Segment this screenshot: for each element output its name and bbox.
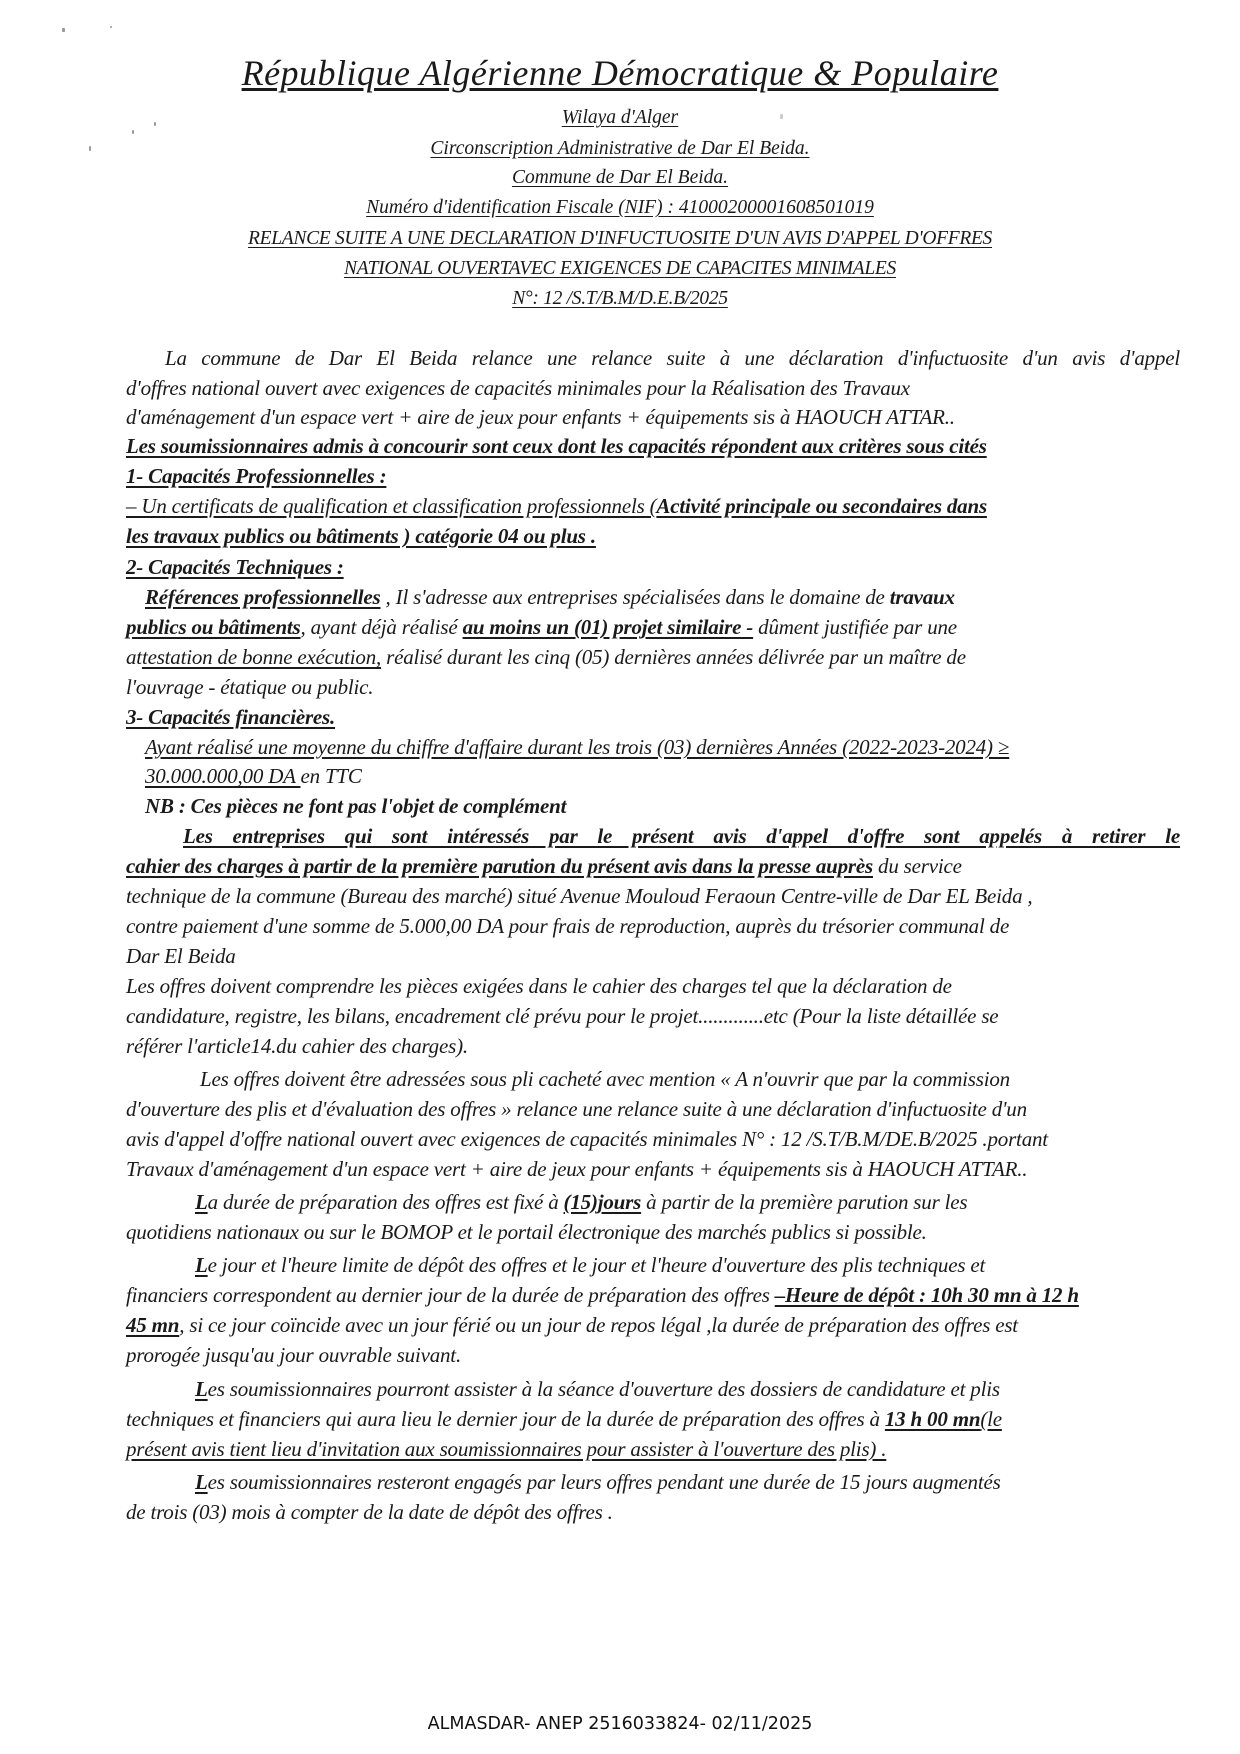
- depot-line-3: 45 mn, si ce jour coïncide avec un jour …: [126, 1313, 1018, 1338]
- retrait-line-1: Les entreprises qui sont intéressés par …: [183, 824, 1180, 849]
- cap1-line-1: – Un certificats de qualification et cla…: [126, 494, 987, 519]
- cap3-line-2: 30.000.000,00 DA en TTC: [145, 764, 362, 789]
- cap1-line-1b: Activité principale ou secondaires dans: [656, 494, 987, 518]
- subject-line-2: NATIONAL OUVERTAVEC EXIGENCES DE CAPACIT…: [0, 258, 1240, 280]
- intro-line-1: La commune de Dar El Beida relance une r…: [165, 346, 1180, 371]
- seance-line-3: présent avis tient lieu d'invitation aux…: [126, 1437, 886, 1462]
- cap2-line-2: publics ou bâtiments, ayant déjà réalisé…: [126, 615, 957, 640]
- engage-line-1: Les soumissionnaires resteront engagés p…: [195, 1470, 1001, 1495]
- retrait-line-2b: du service: [873, 854, 962, 878]
- pli-line-1: Les offres doivent être adressées sous p…: [200, 1067, 1010, 1092]
- publication-reference: ALMASDAR- ANEP 2516033824- 02/11/2025: [0, 1714, 1240, 1734]
- cap2-line-1: Références professionnelles , Il s'adres…: [145, 585, 955, 610]
- cap2-line-4: l'ouvrage - étatique ou public.: [126, 675, 373, 700]
- duree-15-jours: (15)jours: [564, 1190, 642, 1214]
- nif-text: Numéro d'identification Fiscale (NIF) : …: [366, 197, 874, 218]
- seance-line-1b: es soumissionnaires pourront assister à …: [208, 1377, 1000, 1401]
- cap2-line-1b: , Il s'adresse aux entreprises spécialis…: [381, 585, 890, 609]
- commune-text: Commune de Dar El Beida.: [512, 167, 728, 188]
- seance-time: 13 h 00 mn: [885, 1407, 980, 1431]
- depot-line-4: prorogée jusqu'au jour ouvrable suivant.: [126, 1343, 461, 1368]
- cap2-line-2d: dûment justifiée par une: [753, 615, 957, 639]
- seance-initial: L: [195, 1377, 208, 1401]
- scan-speck: [62, 28, 65, 32]
- seance-line-2a: techniques et financiers qui aura lieu l…: [126, 1407, 885, 1431]
- duree-line-1: La durée de préparation des offres est f…: [195, 1190, 967, 1215]
- intro-line-2: d'offres national ouvert avec exigences …: [126, 376, 910, 401]
- cap2-title: 2- Capacités Techniques :: [126, 555, 344, 580]
- duree-initial: L: [195, 1190, 208, 1214]
- offres-line-3: référer l'article14.du cahier des charge…: [126, 1034, 468, 1059]
- subject-line-1-text: RELANCE SUITE A UNE DECLARATION D'INFUCT…: [248, 228, 992, 249]
- retrait-line-2: cahier des charges à partir de la premiè…: [126, 854, 962, 879]
- engage-line-2: de trois (03) mois à compter de la date …: [126, 1500, 613, 1525]
- depot-line-1b: e jour et l'heure limite de dépôt des of…: [208, 1253, 985, 1277]
- nif: Numéro d'identification Fiscale (NIF) : …: [0, 197, 1240, 219]
- circonscription-text: Circonscription Administrative de Dar El…: [430, 138, 809, 159]
- notice-number: N°: 12 /S.T/B.M/D.E.B/2025: [0, 288, 1240, 310]
- seance-line-2c: (le: [980, 1407, 1002, 1431]
- admission-criteria: Les soumissionnaires admis à concourir s…: [126, 434, 1180, 459]
- depot-initial: L: [195, 1253, 208, 1277]
- seance-line-2: techniques et financiers qui aura lieu l…: [126, 1407, 1002, 1432]
- wilaya: Wilaya d'Alger: [0, 107, 1240, 129]
- subject-line-2-text: NATIONAL OUVERTAVEC EXIGENCES DE CAPACIT…: [344, 258, 896, 279]
- duree-line-2: quotidiens nationaux ou sur le BOMOP et …: [126, 1220, 927, 1245]
- depot-line-2: financiers correspondent au dernier jour…: [126, 1283, 1079, 1308]
- retrait-line-2a: cahier des charges à partir de la premiè…: [126, 854, 873, 878]
- pli-line-4: Travaux d'aménagement d'un espace vert +…: [126, 1157, 1027, 1182]
- cap1-line-2: les travaux publics ou bâtiments ) catég…: [126, 524, 596, 549]
- cap3-title: 3- Capacités financières.: [126, 705, 335, 730]
- cap2-line-2b: , ayant déjà réalisé: [301, 615, 463, 639]
- cap2-line-3c: réalisé durant les cinq (05) dernières a…: [381, 645, 966, 669]
- depot-line-3b: , si ce jour coïncide avec un jour férié…: [179, 1313, 1018, 1337]
- engage-line-1b: es soumissionnaires resteront engagés pa…: [208, 1470, 1001, 1494]
- depot-line-2a: financiers correspondent au dernier jour…: [126, 1283, 775, 1307]
- retrait-line-4: contre paiement d'une somme de 5.000,00 …: [126, 914, 1009, 939]
- circonscription: Circonscription Administrative de Dar El…: [0, 138, 1240, 160]
- references-professionnelles: Références professionnelles: [145, 585, 381, 609]
- pli-line-3: avis d'appel d'offre national ouvert ave…: [126, 1127, 1048, 1152]
- cap2-line-3a: at: [126, 645, 142, 669]
- cap2-line-1c: travaux: [890, 585, 955, 609]
- duree-line-1d: à partir de la première parution sur les: [641, 1190, 967, 1214]
- subject-line-1: RELANCE SUITE A UNE DECLARATION D'INFUCT…: [0, 228, 1240, 250]
- notice-number-text: N°: 12 /S.T/B.M/D.E.B/2025: [512, 288, 728, 309]
- cap1-title: 1- Capacités Professionnelles :: [126, 464, 386, 489]
- cap1-line-1a: – Un certificats de qualification et cla…: [126, 494, 656, 518]
- depot-line-1: Le jour et l'heure limite de dépôt des o…: [195, 1253, 985, 1278]
- wilaya-text: Wilaya d'Alger: [562, 107, 678, 128]
- cap2-line-3: attestation de bonne exécution, réalisé …: [126, 645, 966, 670]
- retrait-line-3: technique de la commune (Bureau des marc…: [126, 884, 1032, 909]
- pli-line-2: d'ouverture des plis et d'évaluation des…: [126, 1097, 1027, 1122]
- commune: Commune de Dar El Beida.: [0, 167, 1240, 189]
- depot-45mn: 45 mn: [126, 1313, 179, 1337]
- cap3-amount: 30.000.000,00 DA: [145, 764, 300, 788]
- engage-initial: L: [195, 1470, 208, 1494]
- tender-notice-page: République Algérienne Démocratique & Pop…: [0, 0, 1240, 1754]
- cap3-line-1: Ayant réalisé une moyenne du chiffre d'a…: [145, 735, 1009, 760]
- scan-speck: [132, 130, 134, 134]
- document-title: République Algérienne Démocratique & Pop…: [0, 52, 1240, 94]
- offres-line-2: candidature, registre, les bilans, encad…: [126, 1004, 998, 1029]
- scan-speck: [110, 26, 112, 28]
- duree-line-1b: a durée de préparation des offres est fi…: [208, 1190, 564, 1214]
- offres-line-1: Les offres doivent comprendre les pièces…: [126, 974, 952, 999]
- intro-line-3: d'aménagement d'un espace vert + aire de…: [126, 405, 955, 430]
- seance-line-1: Les soumissionnaires pourront assister à…: [195, 1377, 1000, 1402]
- nb-note: NB : Ces pièces ne font pas l'objet de c…: [145, 794, 566, 819]
- cap2-line-2a: publics ou bâtiments: [126, 615, 301, 639]
- depot-hours: –Heure de dépôt : 10h 30 mn à 12 h: [775, 1283, 1079, 1307]
- retrait-line-5: Dar El Beida: [126, 944, 236, 969]
- cap2-attestation: testation de bonne exécution,: [142, 645, 381, 669]
- cap3-ttc: en TTC: [300, 764, 361, 788]
- cap2-similar-project: au moins un (01) projet similaire -: [463, 615, 754, 639]
